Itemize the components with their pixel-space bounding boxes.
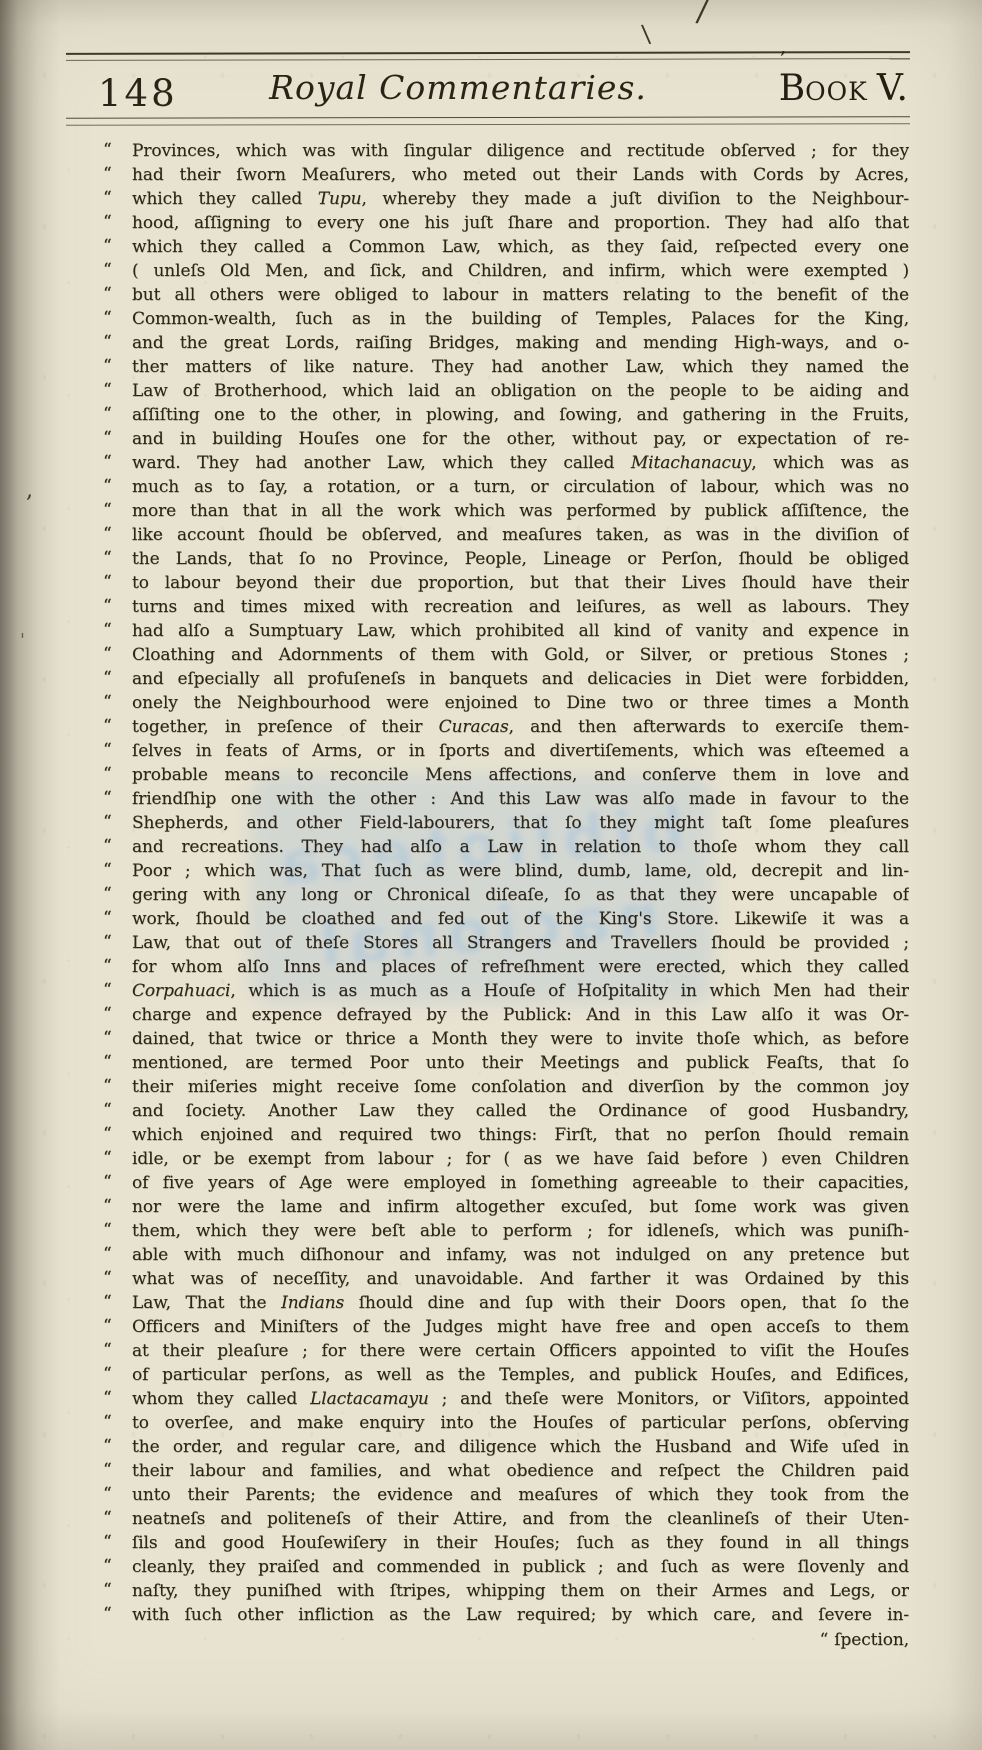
quote-mark: “ [103,1483,111,1506]
text-line: “and the great Lords, raiſing Bridges, m… [103,331,909,355]
text-line: “ther matters of like nature. They had a… [103,355,909,379]
line-text: which enjoined and required two things: … [132,1125,909,1145]
line-text: and ſociety. Another Law they called the… [132,1101,909,1121]
margin-comma-mark: , [26,478,33,503]
quote-mark: “ [103,1339,111,1362]
line-text: had their ſworn Meaſurers, who meted out… [132,165,909,185]
quote-mark: “ [103,259,111,282]
line-text: probable means to reconcile Mens affecti… [132,765,909,785]
line-text: ( unleſs Old Men, and ſick, and Children… [132,261,909,281]
book-numeral: V. [877,68,908,109]
line-text: which they called Tupu, whereby they mad… [132,189,909,209]
quote-mark: “ [103,883,111,906]
text-line: “which they called a Common Law, which, … [103,235,909,259]
line-text: aſſiſting one to the other, in plowing, … [132,405,909,425]
line-text: dained, that twice or thrice a Month the… [132,1029,909,1049]
quote-mark: “ [103,427,111,450]
stray-backslash-mark: \ [641,20,652,49]
quote-mark: “ [103,499,111,522]
line-text: at their pleaſure ; for there were certa… [132,1341,909,1361]
line-text: unto their Parents; the evidence and mea… [132,1485,909,1505]
line-text: which they called a Common Law, which, a… [132,237,909,257]
line-text: naſty, they puniſhed with ſtripes, whipp… [132,1581,909,1601]
text-line: “to labour beyond their due proportion, … [103,571,909,595]
line-text: ward. They had another Law, which they c… [132,453,909,473]
quote-mark: “ [103,283,111,306]
line-text: onely the Neighbourhood were enjoined to… [132,693,909,713]
catchword: ſpection, [834,1630,909,1650]
line-text: Shepherds, and other Field-labourers, th… [132,813,909,833]
quote-mark: “ [103,1147,111,1170]
line-text: their miſeries might receive ſome conſol… [132,1077,909,1097]
line-text: turns and times mixed with recreation an… [132,597,909,617]
text-line: “mentioned, are termed Poor unto their M… [103,1051,909,1075]
book-page-scan: / \ , , ' biblioteca nacional 148 Royal … [0,0,982,1750]
line-text: and recreations. They had alſo a Law in … [132,837,909,857]
quote-mark: “ [103,1507,111,1530]
line-text: of particular perſons, as well as the Te… [132,1365,909,1385]
line-text: idle, or be exempt from labour ; for ( a… [132,1149,909,1169]
text-line: “and ſociety. Another Law they called th… [103,1099,909,1123]
text-line: “Law, That the Indians ſhould dine and ſ… [103,1291,909,1315]
quote-mark: “ [103,523,111,546]
text-line: “of five years of Age were employed in ſ… [103,1171,909,1195]
quote-mark: “ [103,379,111,402]
quote-mark: “ [103,619,111,642]
quote-mark: “ [103,1387,111,1410]
quote-mark: “ [103,1555,111,1578]
text-line: “the Lands, that ſo no Province, People,… [103,547,909,571]
line-text: what was of neceſſity, and unavoidable. … [132,1269,909,1289]
quote-mark: “ [103,163,111,186]
line-text: gering with any long or Chronical diſeaſ… [132,885,909,905]
line-text: with ſuch other infliction as the Law re… [132,1605,909,1625]
quote-mark: “ [103,1603,111,1626]
text-line: “able with much diſhonour and infamy, wa… [103,1243,909,1267]
text-line: “much as to ſay, a rotation, or a turn, … [103,475,909,499]
page-number: 148 [98,72,178,115]
text-line: “the order, and regular care, and dilige… [103,1435,909,1459]
book-label: BOOKV. [779,68,908,109]
text-line: “Law, that out of theſe Stores all Stran… [103,931,909,955]
line-text: Law, That the Indians ſhould dine and ſu… [132,1293,909,1313]
text-line: “hood, aſſigning to every one his juſt ſ… [103,211,909,235]
line-text: and eſpecially all profuſeneſs in banque… [132,669,909,689]
quote-mark: “ [103,307,111,330]
book-word-initial: B [779,68,805,109]
line-text: like account ſhould be obſerved, and mea… [132,525,909,545]
text-line: “had their ſworn Meaſurers, who meted ou… [103,163,909,187]
text-line: “ſils and good Houſewiſery in their Houſ… [103,1531,909,1555]
text-line: “to overſee, and make enquiry into the H… [103,1411,909,1435]
book-word-smallcaps: OOK [805,77,868,106]
quote-mark: “ [103,1051,111,1074]
quote-mark: “ [103,1195,111,1218]
line-text: and the great Lords, raiſing Bridges, ma… [132,333,909,353]
text-line: “cleanly, they praiſed and commended in … [103,1555,909,1579]
line-text: their labour and families, and what obed… [132,1461,909,1481]
quote-mark: “ [103,139,111,162]
header-bottom-rule [66,116,910,125]
line-text: hood, aſſigning to every one his juſt ſh… [132,213,909,233]
line-text: ſelves in feats of Arms, or in ſports an… [132,741,909,761]
quote-mark: “ [103,787,111,810]
line-text: cleanly, they praiſed and commended in p… [132,1557,909,1577]
text-line: “probable means to reconcile Mens affect… [103,763,909,787]
text-line: “naſty, they puniſhed with ſtripes, whip… [103,1579,909,1603]
quote-mark: “ [103,835,111,858]
line-text: work, ſhould be cloathed and fed out of … [132,909,909,929]
quote-mark: “ [103,1243,111,1266]
running-title: Royal Commentaries. [269,68,647,107]
line-text: more than that in all the work which was… [132,501,909,521]
quote-mark: “ [103,1411,111,1434]
quote-mark: “ [103,1363,111,1386]
quote-mark: “ [103,1027,111,1050]
text-line: “like account ſhould be obſerved, and me… [103,523,909,547]
text-line: “their labour and families, and what obe… [103,1459,909,1483]
quote-mark: “ [103,235,111,258]
catchword-row: “ſpection, [103,1627,909,1653]
quote-mark: “ [103,1123,111,1146]
line-text: the Lands, that ſo no Province, People, … [132,549,909,569]
quote-mark: “ [103,451,111,474]
text-line: “unto their Parents; the evidence and me… [103,1483,909,1507]
line-text: Cloathing and Adornments of them with Go… [132,645,909,665]
line-text: friendſhip one with the other : And this… [132,789,909,809]
line-text: to overſee, and make enquiry into the Ho… [132,1413,909,1433]
line-text: Law, that out of theſe Stores all Strang… [132,933,909,953]
line-text: mentioned, are termed Poor unto their Me… [132,1053,909,1073]
quote-mark: “ [103,859,111,882]
line-text: nor were the lame and infirm altogether … [132,1197,909,1217]
quote-mark: “ [103,547,111,570]
line-text: charge and expence defrayed by the Publi… [132,1005,909,1025]
quote-mark: “ [103,715,111,738]
line-text: ther matters of like nature. They had an… [132,357,909,377]
quote-mark: “ [103,931,111,954]
text-line: “for whom alſo Inns and places of refreſ… [103,955,909,979]
text-line: “turns and times mixed with recreation a… [103,595,909,619]
line-text: to labour beyond their due proportion, b… [132,573,909,593]
text-line: “their miſeries might receive ſome conſo… [103,1075,909,1099]
text-line: “Officers and Miniſters of the Judges mi… [103,1315,909,1339]
line-text: Common-wealth, ſuch as in the building o… [132,309,909,329]
quote-mark: “ [103,739,111,762]
quote-mark: “ [103,691,111,714]
line-text: Law of Brotherhood, which laid an obliga… [132,381,909,401]
text-line: “of particular perſons, as well as the T… [103,1363,909,1387]
quote-mark: “ [103,1099,111,1122]
line-text: whom they called Llactacamayu ; and theſ… [132,1389,909,1409]
text-line: “ſelves in feats of Arms, or in ſports a… [103,739,909,763]
line-text: but all others were obliged to labour in… [132,285,909,305]
line-text: and in building Houſes one for the other… [132,429,909,449]
text-line: “with ſuch other infliction as the Law r… [103,1603,909,1627]
text-line: “them, which they were beſt able to perf… [103,1219,909,1243]
quote-mark: “ [103,955,111,978]
text-line: “had alſo a Sumptuary Law, which prohibi… [103,619,909,643]
line-text: neatneſs and politeneſs of their Attire,… [132,1509,909,1529]
text-line: “what was of neceſſity, and unavoidable.… [103,1267,909,1291]
quote-mark: “ [103,211,111,234]
quote-mark: “ [103,187,111,210]
text-line: “more than that in all the work which wa… [103,499,909,523]
quote-mark: “ [103,1003,111,1026]
line-text: Officers and Miniſters of the Judges mig… [132,1317,909,1337]
quote-mark: “ [103,1267,111,1290]
quote-mark: “ [103,475,111,498]
text-line: “work, ſhould be cloathed and fed out of… [103,907,909,931]
quote-mark: “ [103,1579,111,1602]
stray-comma-mark: , [780,34,786,58]
line-text: of five years of Age were employed in ſo… [132,1173,909,1193]
text-line: “idle, or be exempt from labour ; for ( … [103,1147,909,1171]
line-text: the order, and regular care, and diligen… [132,1437,909,1457]
line-text: ſils and good Houſewiſery in their Houſe… [132,1533,909,1553]
quote-mark: “ [103,1291,111,1314]
quote-mark: “ [820,1630,828,1650]
quote-mark: “ [103,763,111,786]
text-line: “friendſhip one with the other : And thi… [103,787,909,811]
text-line: “( unleſs Old Men, and ſick, and Childre… [103,259,909,283]
text-line: “onely the Neighbourhood were enjoined t… [103,691,909,715]
header-top-rule [66,51,910,61]
text-line: “Cloathing and Adornments of them with G… [103,643,909,667]
stray-slash-mark: / [695,0,710,30]
quote-mark: “ [103,1075,111,1098]
quote-mark: “ [103,571,111,594]
text-line: “charge and expence defrayed by the Publ… [103,1003,909,1027]
quote-mark: “ [103,595,111,618]
line-text: Poor ; which was, That ſuch as were blin… [132,861,909,881]
line-text: had alſo a Sumptuary Law, which prohibit… [132,621,909,641]
quote-mark: “ [103,907,111,930]
text-line: “Shepherds, and other Field-labourers, t… [103,811,909,835]
line-text: them, which they were beſt able to perfo… [132,1221,909,1241]
text-line: “which enjoined and required two things:… [103,1123,909,1147]
text-line: “which they called Tupu, whereby they ma… [103,187,909,211]
line-text: Corpahuaci, which is as much as a Houſe … [132,981,909,1001]
text-line: “Provinces, which was with ſingular dili… [103,139,909,163]
body-text: “Provinces, which was with ſingular dili… [103,139,909,1653]
text-line: “neatneſs and politeneſs of their Attire… [103,1507,909,1531]
line-text: for whom alſo Inns and places of refreſh… [132,957,909,977]
quote-mark: “ [103,331,111,354]
text-line: “nor were the lame and infirm altogether… [103,1195,909,1219]
quote-mark: “ [103,1459,111,1482]
margin-tick-mark: ' [20,630,25,651]
text-line: “but all others were obliged to labour i… [103,283,909,307]
text-line: “aſſiſting one to the other, in plowing,… [103,403,909,427]
text-line: “dained, that twice or thrice a Month th… [103,1027,909,1051]
page-header: 148 Royal Commentaries. BOOKV. [66,66,910,116]
text-line: “Law of Brotherhood, which laid an oblig… [103,379,909,403]
quote-mark: “ [103,811,111,834]
text-line: “at their pleaſure ; for there were cert… [103,1339,909,1363]
quote-mark: “ [103,979,111,1002]
line-text: able with much diſhonour and infamy, was… [132,1245,909,1265]
quote-mark: “ [103,643,111,666]
text-line: “ward. They had another Law, which they … [103,451,909,475]
quote-mark: “ [103,355,111,378]
text-line: “and in building Houſes one for the othe… [103,427,909,451]
line-text: much as to ſay, a rotation, or a turn, o… [132,477,909,497]
text-line: “Corpahuaci, which is as much as a Houſe… [103,979,909,1003]
quote-mark: “ [103,403,111,426]
text-line: “together, in preſence of their Curacas,… [103,715,909,739]
quote-mark: “ [103,1171,111,1194]
quote-mark: “ [103,667,111,690]
text-line: “and recreations. They had alſo a Law in… [103,835,909,859]
text-line: “and eſpecially all profuſeneſs in banqu… [103,667,909,691]
quote-mark: “ [103,1219,111,1242]
text-line: “Poor ; which was, That ſuch as were bli… [103,859,909,883]
line-text: together, in preſence of their Curacas, … [132,717,909,737]
quote-mark: “ [103,1531,111,1554]
quote-mark: “ [103,1435,111,1458]
line-text: Provinces, which was with ſingular dilig… [132,141,909,161]
text-line: “whom they called Llactacamayu ; and the… [103,1387,909,1411]
quote-mark: “ [103,1315,111,1338]
text-line: “Common-wealth, ſuch as in the building … [103,307,909,331]
text-line: “gering with any long or Chronical diſea… [103,883,909,907]
